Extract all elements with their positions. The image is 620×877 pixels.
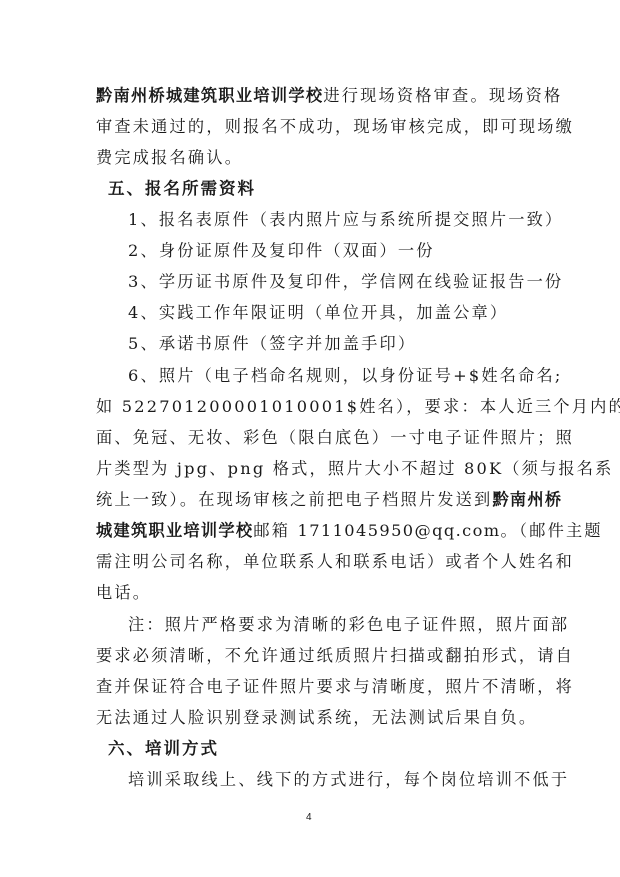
paragraph-line: 培训采取线上、线下的方式进行，每个岗位培训不低于 xyxy=(128,770,560,790)
note-line: 查并保证符合电子证件照片要求与清晰度，照片不清晰，将 xyxy=(96,677,528,697)
list-item: 2、身份证原件及复印件（双面）一份 xyxy=(128,241,560,261)
paragraph-line: 费完成报名确认。 xyxy=(96,148,528,168)
list-item: 4、实践工作年限证明（单位开具，加盖公章） xyxy=(128,303,560,323)
note-line: 要求必须清晰，不允许通过纸质照片扫描或翻拍形式，请自 xyxy=(96,646,528,666)
paragraph-line: 面、免冠、无妆、彩色（限白底色）一寸电子证件照片；照 xyxy=(96,428,528,448)
paragraph-line: 如 522701200001010001$姓名），要求：本人近三个月内的正 xyxy=(96,397,528,417)
document-page: 黔南州桥城建筑职业培训学校进行现场资格审查。现场资格 审查未通过的，则报名不成功… xyxy=(0,0,620,877)
section-heading-5: 五、报名所需资料 xyxy=(108,179,540,199)
page-number: 4 xyxy=(306,812,312,823)
paragraph-line: 需注明公司名称，单位联系人和联系电话）或者个人姓名和 xyxy=(96,552,528,572)
paragraph-line: 城建筑职业培训学校邮箱 1711045950@qq.com。（邮件主题 xyxy=(96,521,528,541)
list-item: 3、学历证书原件及复印件，学信网在线验证报告一份 xyxy=(128,272,560,292)
list-item: 5、承诺书原件（签字并加盖手印） xyxy=(128,334,560,354)
school-name: 黔南州桥 xyxy=(492,490,562,509)
paragraph-line: 审查未通过的，则报名不成功，现场审核完成，即可现场缴 xyxy=(96,117,528,137)
section-heading-6: 六、培训方式 xyxy=(108,739,540,759)
school-name: 城建筑职业培训学校 xyxy=(96,521,253,540)
list-item: 1、报名表原件（表内照片应与系统所提交照片一致） xyxy=(128,210,560,230)
paragraph-line: 片类型为 jpg、png 格式，照片大小不超过 80K（须与报名系 xyxy=(96,459,528,479)
note-line: 注：照片严格要求为清晰的彩色电子证件照，照片面部 xyxy=(128,615,560,635)
note-line: 无法通过人脸识别登录测试系统，无法测试后果自负。 xyxy=(96,708,528,728)
paragraph-line: 统上一致）。在现场审核之前把电子档照片发送到黔南州桥 xyxy=(96,490,528,510)
list-item-6: 6、照片（电子档命名规则，以身份证号+$姓名命名; xyxy=(128,366,560,386)
school-name: 黔南州桥城建筑职业培训学校 xyxy=(96,86,323,105)
email-address[interactable]: 1711045950@qq.com xyxy=(298,521,501,540)
paragraph-line: 黔南州桥城建筑职业培训学校进行现场资格审查。现场资格 xyxy=(96,86,528,106)
paragraph-line: 电话。 xyxy=(96,583,528,603)
